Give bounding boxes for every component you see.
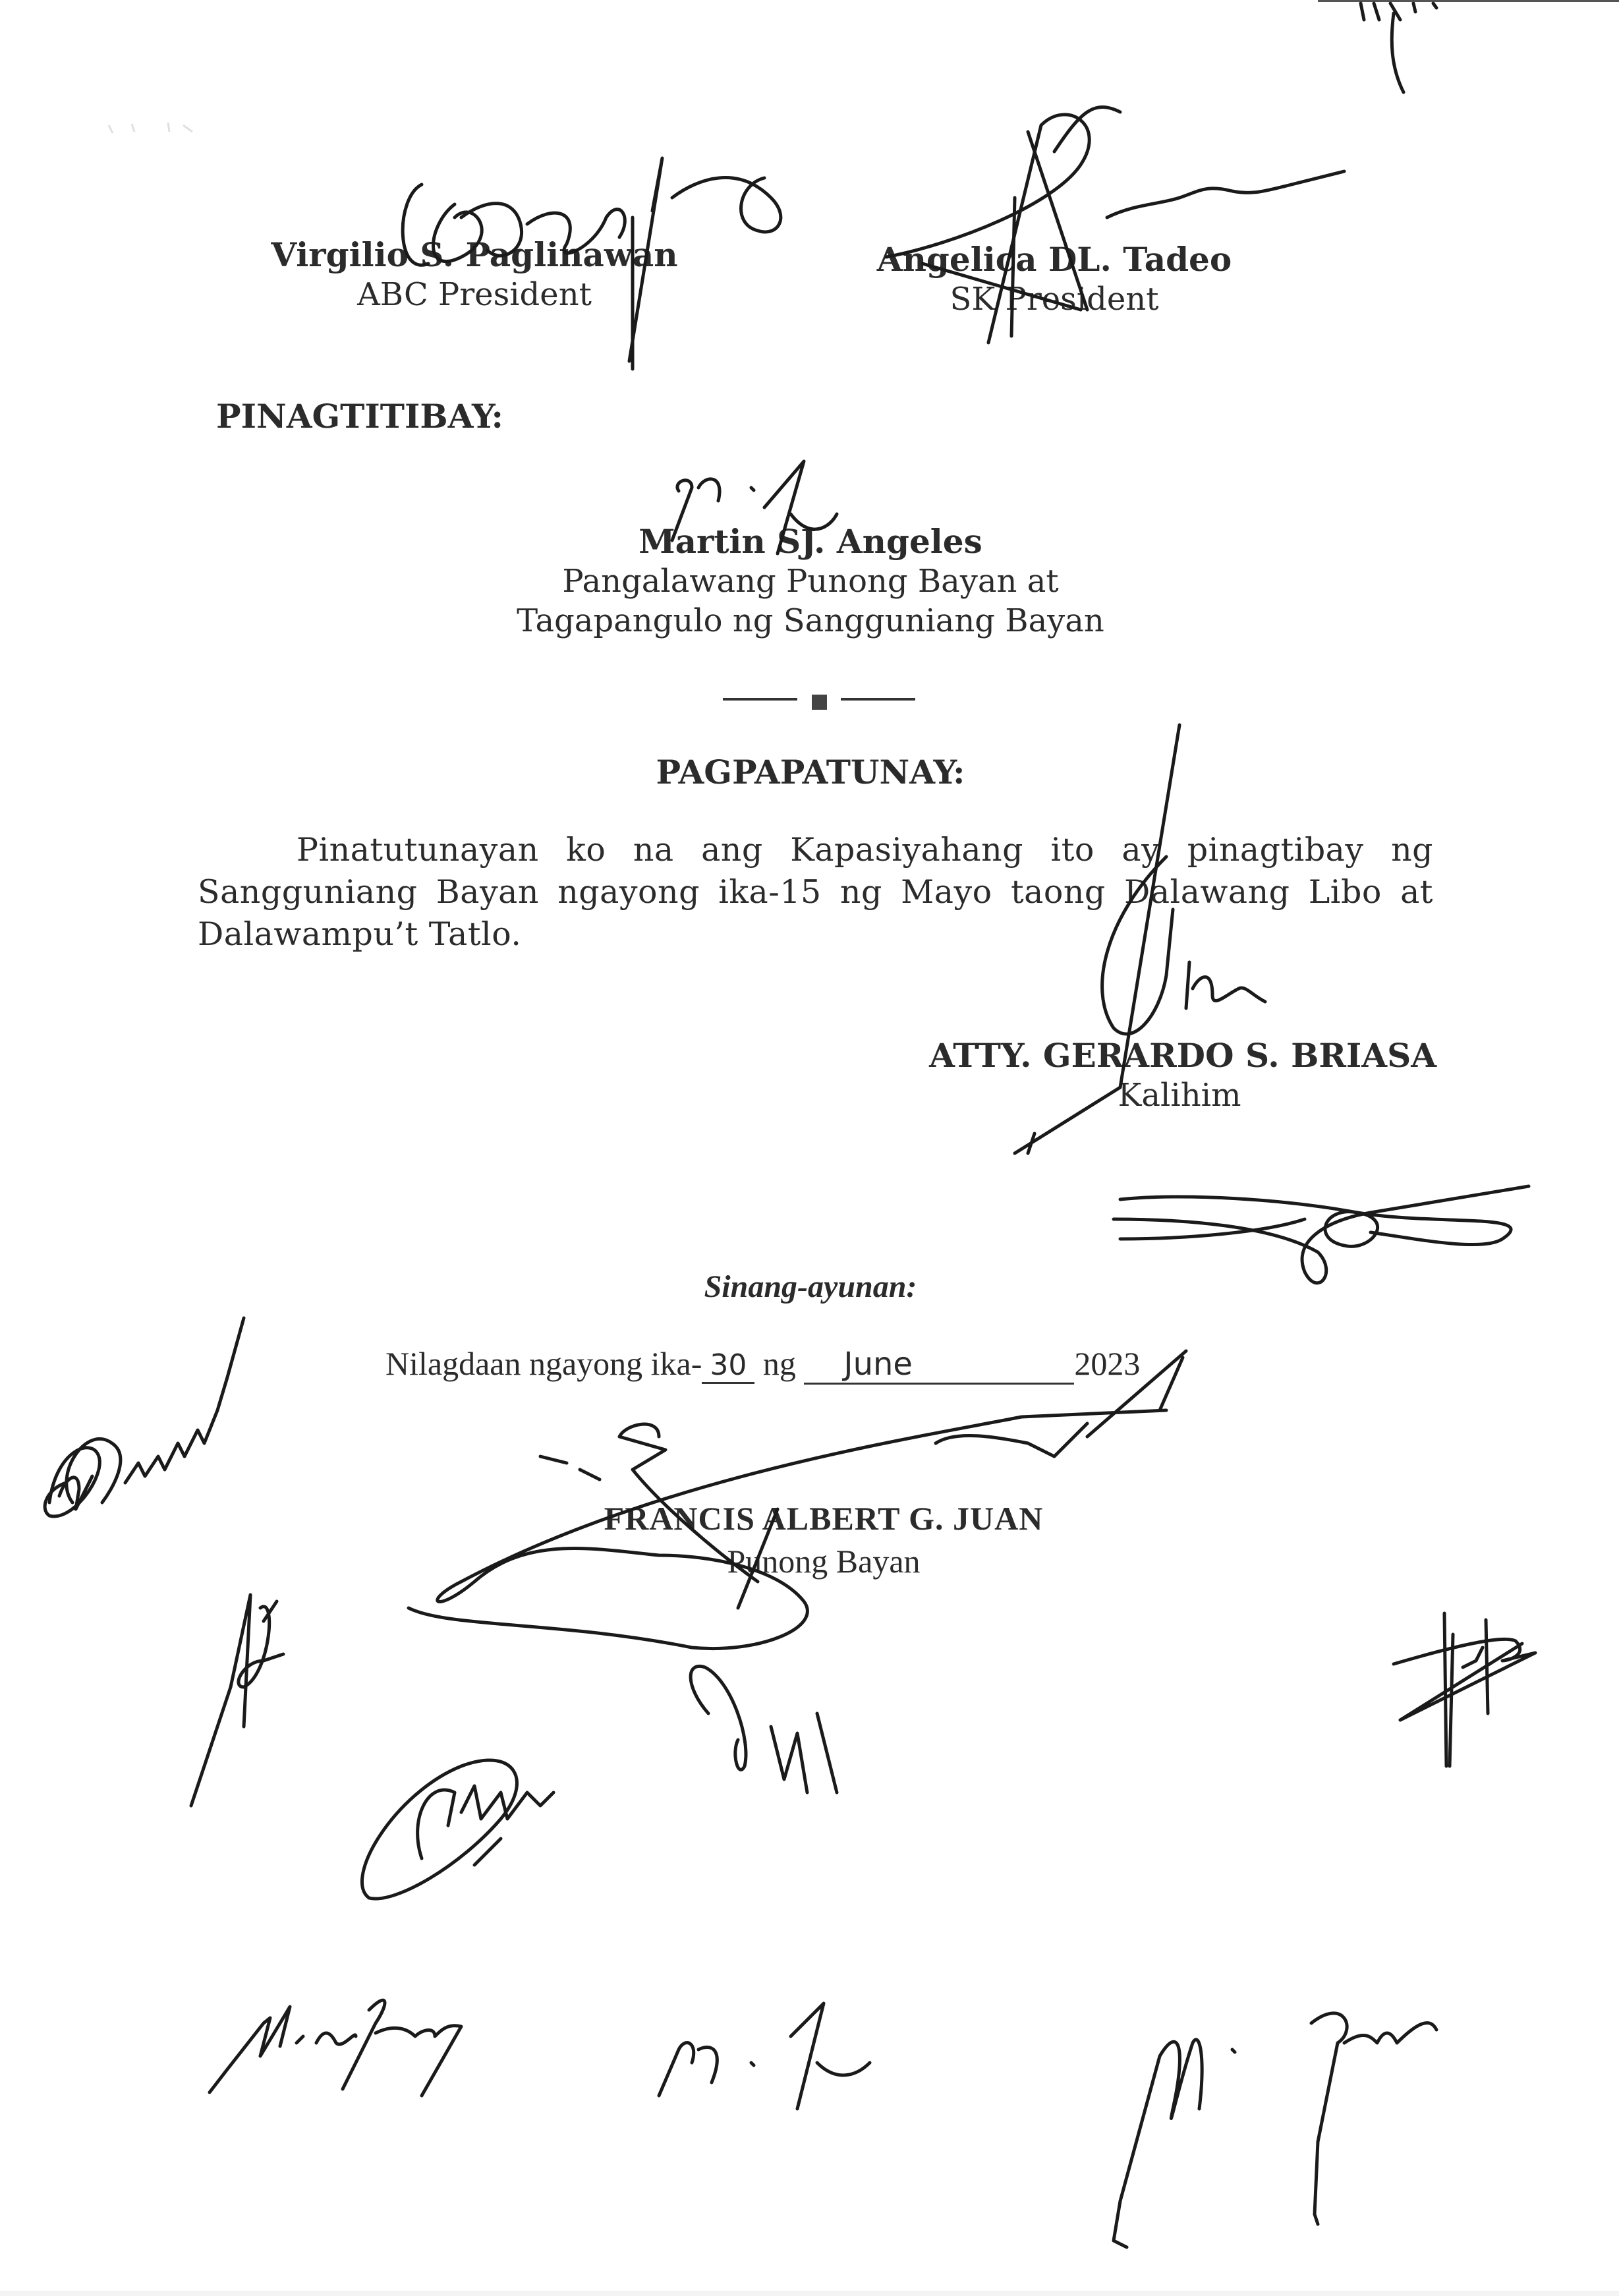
- signature-left-vertical: [191, 1595, 283, 1806]
- signature-top-right-corner: [1361, 3, 1436, 92]
- scan-edge: [1318, 0, 1619, 2]
- approval-name: Martin SJ. Angeles: [461, 521, 1160, 563]
- signature-angeles-bottom: [659, 2003, 870, 2109]
- signature-nina-perez: [210, 2000, 461, 2096]
- certification-name: ATTY. GERARDO S. BRIASA: [903, 1035, 1436, 1077]
- signatory-name: Virgilio S. Paglinawan: [237, 234, 712, 276]
- signatory-name: Angelica DL. Tadeo: [857, 239, 1252, 281]
- signing-year: 2023: [1074, 1345, 1140, 1382]
- signing-month-field: June: [804, 1346, 1074, 1385]
- scan-bottom-edge: [0, 2291, 1619, 2296]
- certification-heading: PAGPAPATUNAY:: [527, 751, 1094, 793]
- signature-center-loop: [691, 1666, 837, 1793]
- signature-oval: [362, 1760, 554, 1899]
- signing-date-mid: ng: [763, 1345, 796, 1382]
- approval-heading: PINAGTITIBAY:: [216, 395, 503, 438]
- certification-title: Kalihim: [1028, 1074, 1331, 1116]
- approval-title-line1: Pangalawang Punong Bayan at: [461, 560, 1160, 602]
- signature-looped-right: [1114, 1186, 1529, 1283]
- certification-body: Pinatutunayan ko na ang Kapasiyahang ito…: [198, 829, 1433, 956]
- mayor-title: Punong Bayan: [593, 1542, 1054, 1580]
- signing-day-field: 30: [702, 1348, 754, 1384]
- signatory-title: SK President: [857, 278, 1252, 320]
- signature-left-wumm: [45, 1318, 244, 1516]
- signature-right-hash: [1394, 1613, 1535, 1766]
- signature-bottom-right: [1114, 2013, 1436, 2247]
- mayor-name: FRANCIS ALBERT G. JUAN: [527, 1499, 1120, 1537]
- approval-title-line2: Tagapangulo ng Sangguniang Bayan: [428, 600, 1193, 642]
- concurrence-heading: Sinang-ayunan:: [593, 1269, 1028, 1305]
- signatures-layer: [0, 0, 1619, 2296]
- signing-date-prefix: Nilagdaan ngayong ika-: [385, 1345, 702, 1382]
- scan-marks: [105, 119, 204, 138]
- signatory-title: ABC President: [237, 273, 712, 316]
- signing-date-line: Nilagdaan ngayong ika-30 ng June2023: [385, 1344, 1140, 1385]
